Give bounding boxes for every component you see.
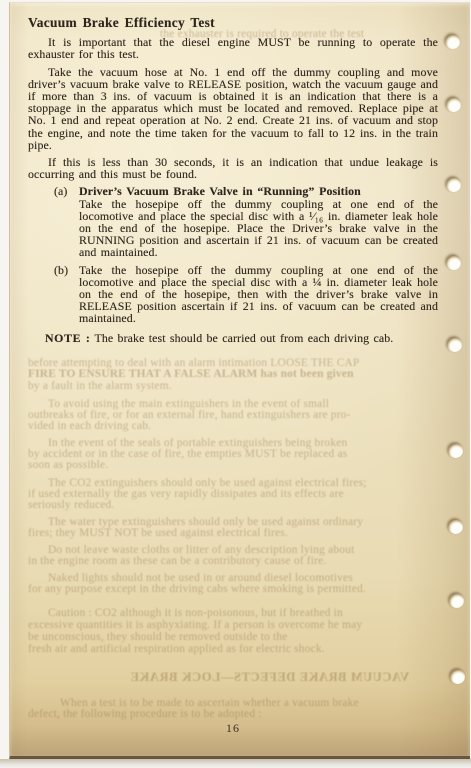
- bleed-line: seriously reduced.: [28, 500, 114, 512]
- bleed-line: before attempting to deal with an alarm …: [28, 358, 359, 370]
- page-content: Vacuum Brake Efficiency Test It is impor…: [28, 17, 438, 344]
- paragraph-engine-running: It is important that the diesel engine M…: [28, 36, 438, 60]
- bleed-line: soon as possible.: [28, 460, 108, 472]
- bleed-line: vided in each driving cab.: [28, 421, 151, 433]
- bleed-line: FIRE TO ENSURE THAT A FALSE ALARM has no…: [28, 369, 354, 381]
- bleed-line: To avoid using the main extinguishers in…: [48, 399, 329, 411]
- screenshot-root: { "colors": { "paper": "#ece0bd", "ink":…: [0, 0, 471, 768]
- item-label-b: (b): [54, 264, 68, 276]
- bleed-line: outbreaks of fire, or for an external fi…: [28, 410, 351, 422]
- bleed-line: if used externally the gas very rapidly …: [28, 489, 344, 501]
- item-body-b: Take the hosepipe off the dummy coupling…: [79, 264, 438, 325]
- scan-background-strip: [0, 759, 471, 768]
- bleed-line: by accident or in the case of fire, the …: [28, 449, 347, 461]
- bleed-line: be unconscious, they should be removed o…: [28, 632, 288, 644]
- bleed-line: Naked lights should not be used in or ar…: [48, 573, 353, 585]
- bleed-line: The CO2 extinguishers should only be use…: [48, 478, 367, 490]
- item-body-a: Take the hosepipe off the dummy coupling…: [79, 198, 438, 259]
- note-block: NOTE : The brake test should be carried …: [28, 332, 438, 344]
- note-text: The brake test should be carried out fro…: [95, 331, 394, 345]
- bleed-line: Caution : CO2 although it is non-poisono…: [48, 608, 343, 620]
- bleed-line: Do not leave waste cloths or litter of a…: [48, 545, 354, 557]
- item-heading-a: Driver’s Vacuum Brake Valve in “Running”…: [79, 185, 438, 197]
- page-number: 16: [28, 721, 438, 736]
- bleed-line: When a test is to be made to ascertain w…: [60, 698, 359, 710]
- item-label-a: (a): [54, 185, 68, 197]
- paragraph-leakage: If this is less than 30 seconds, it is a…: [28, 156, 438, 180]
- bleed-line: VACUUM BRAKE DEFECTS—LOCK BRAKE: [130, 672, 409, 684]
- page-scan: the exhauster is required to operate the…: [9, 2, 470, 760]
- page-title: Vacuum Brake Efficiency Test: [28, 17, 438, 29]
- bleed-line: in the engine room as these can be a con…: [28, 556, 326, 568]
- bleed-line: by a fault in the alarm system.: [28, 381, 172, 393]
- bleed-line: In the event of the seals of portable ex…: [48, 438, 347, 450]
- bleed-line: defect, the following procedure is to be…: [28, 709, 262, 721]
- bleed-line: fires; they MUST NOT be used against ele…: [28, 528, 288, 540]
- list-item-b: (b) Take the hosepipe off the dummy coup…: [28, 264, 438, 325]
- list-item-a: (a) Driver’s Vacuum Brake Valve in “Runn…: [28, 185, 438, 258]
- bleed-line: for any purpose except in the driving ca…: [28, 584, 366, 596]
- bleed-line: fresh air and artificial respiration app…: [28, 644, 325, 656]
- bleed-line: The water type extinguishers should only…: [48, 517, 363, 529]
- bleed-line: excessive quantities it is asphyxiating.…: [28, 620, 362, 632]
- paragraph-test-procedure: Take the vacuum hose at No. 1 end off th…: [28, 66, 438, 151]
- note-label: NOTE :: [45, 331, 90, 345]
